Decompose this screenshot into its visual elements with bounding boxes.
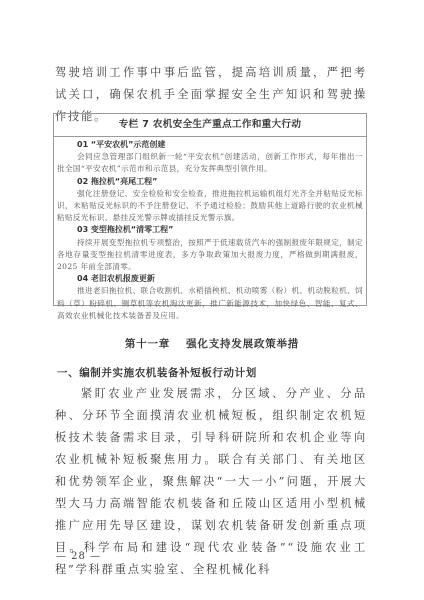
item-text: 推进老旧拖拉机、联合收割机、水稻插秧机、机动喷雾（粉）机、机动脱粒机、饲料（草）…	[57, 285, 363, 322]
section-heading: 一、编制并实施农机装备补短板行动计划	[57, 365, 257, 380]
item-text: 会同应急管理部门组织新一轮“平安农机”创建活动，创新工作形式，每年推出一批全国“…	[57, 151, 363, 175]
column-box-title: 专栏 7 农机安全生产重点工作和重大行动	[54, 114, 366, 137]
item-text: 持续开展变型拖拉机专项整治，按照严于低速载货汽车的强制报废年限规定，制定各地存量…	[57, 237, 363, 274]
chapter-heading: 第十一章强化支持发展政策举措	[0, 336, 424, 351]
column-box-body: 01 “平安农机”示范创建 会同应急管理部门组织新一轮“平安农机”创建活动，创新…	[54, 137, 366, 322]
item-heading: 04 老旧农机报废更新	[57, 273, 363, 285]
item-heading: 03 变型拖拉机“清零工程”	[57, 224, 363, 236]
chapter-title: 强化支持发展政策举措	[186, 338, 299, 350]
main-paragraph: 紧盯农业产业发展需求，分区域、分产业、分品种、分环节全面摸清农业机械短板，组织制…	[55, 383, 367, 581]
page-number: — 28 —	[56, 551, 101, 562]
item-heading: 01 “平安农机”示范创建	[57, 139, 363, 151]
chapter-number: 第十一章	[125, 338, 170, 350]
item-text: 强化注册登记、安全检验和安全检查，推进拖拉机运输机组灯光齐全并粘贴反光标识，未粘…	[57, 188, 363, 225]
column-box: 专栏 7 农机安全生产重点工作和重大行动 01 “平安农机”示范创建 会同应急管…	[53, 113, 367, 306]
item-heading: 02 拖拉机“亮尾工程”	[57, 176, 363, 188]
